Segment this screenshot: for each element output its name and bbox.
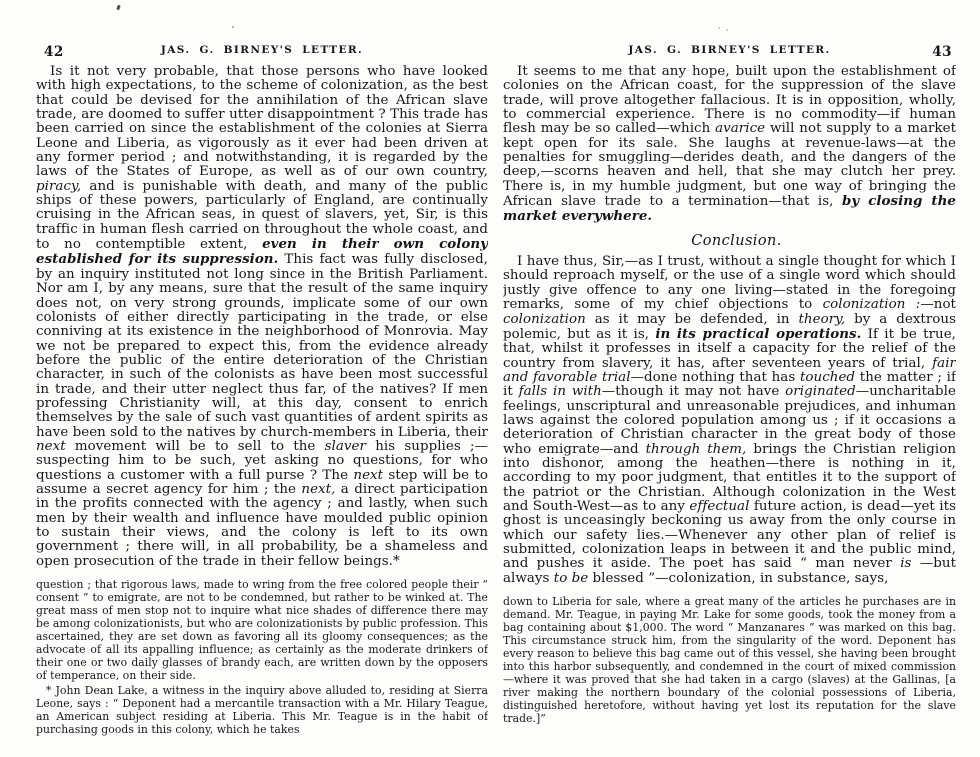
- text-segment: effectual: [689, 499, 749, 514]
- text-segment: slaver: [325, 439, 366, 454]
- text-segment: touched: [800, 370, 855, 385]
- text-segment: This fact was fully disclosed, by an inq…: [36, 252, 488, 439]
- footnotes-right: down to Liberia for sale, where a great …: [503, 595, 956, 725]
- page-header-left: 42 JAS. G. BIRNEY'S LETTER.: [36, 44, 488, 61]
- text-segment: to be: [554, 571, 588, 586]
- page-number-right: 43: [932, 44, 952, 60]
- text-segment: falls in with: [519, 384, 602, 399]
- text-segment: avarice: [715, 121, 765, 136]
- text-segment: colonization :: [823, 297, 921, 312]
- footnotes-left: question ; that rigorous laws, made to w…: [36, 578, 488, 736]
- running-head-right: JAS. G. BIRNEY'S LETTER.: [503, 44, 956, 56]
- text-segment: piracy,: [36, 179, 81, 194]
- text-segment: next: [36, 439, 66, 454]
- text-segment: next: [353, 468, 383, 483]
- book-spread: 42 JAS. G. BIRNEY'S LETTER. Is it not ve…: [0, 0, 980, 757]
- page-left: 42 JAS. G. BIRNEY'S LETTER. Is it not ve…: [36, 0, 488, 757]
- running-head-left: JAS. G. BIRNEY'S LETTER.: [36, 44, 488, 56]
- page-right: 43 JAS. G. BIRNEY'S LETTER. It seems to …: [503, 0, 956, 757]
- paragraph-slave-trade: Is it not very probable, that those pers…: [36, 65, 488, 569]
- text-segment: originated: [785, 384, 856, 399]
- page-number-left: 42: [44, 44, 64, 60]
- body-right: It seems to me that any hope, built upon…: [503, 65, 956, 586]
- section-heading-conclusion: Conclusion.: [503, 234, 956, 248]
- text-segment: movement will be to sell to the: [66, 439, 325, 454]
- text-segment: Is it not very probable, that those pers…: [36, 64, 488, 179]
- text-segment: —done nothing that has: [631, 370, 800, 385]
- paragraph-conclusion: I have thus, Sir,—as I trust, without a …: [503, 255, 956, 586]
- text-segment: blessed ”—colonization, in substance, sa…: [588, 571, 888, 586]
- footnote-continuation-left: question ; that rigorous laws, made to w…: [36, 578, 488, 682]
- page-header-right: 43 JAS. G. BIRNEY'S LETTER.: [503, 44, 956, 61]
- text-segment: theory,: [799, 312, 846, 327]
- text-segment: colonization: [503, 312, 586, 327]
- text-segment: as it may be defended, in: [586, 312, 799, 327]
- text-segment: —though it may not have: [602, 384, 785, 399]
- body-left: Is it not very probable, that those pers…: [36, 65, 488, 569]
- text-segment: —not: [920, 297, 956, 312]
- paragraph-hope: It seems to me that any hope, built upon…: [503, 65, 956, 225]
- text-segment: through them,: [646, 442, 747, 457]
- text-segment: is: [900, 556, 911, 571]
- footnote-continuation-right: down to Liberia for sale, where a great …: [503, 595, 956, 725]
- footnote-lake: * John Dean Lake, a witness in the inqui…: [36, 684, 488, 736]
- text-segment: in its practical operations.: [655, 326, 861, 342]
- text-segment: next,: [301, 482, 335, 497]
